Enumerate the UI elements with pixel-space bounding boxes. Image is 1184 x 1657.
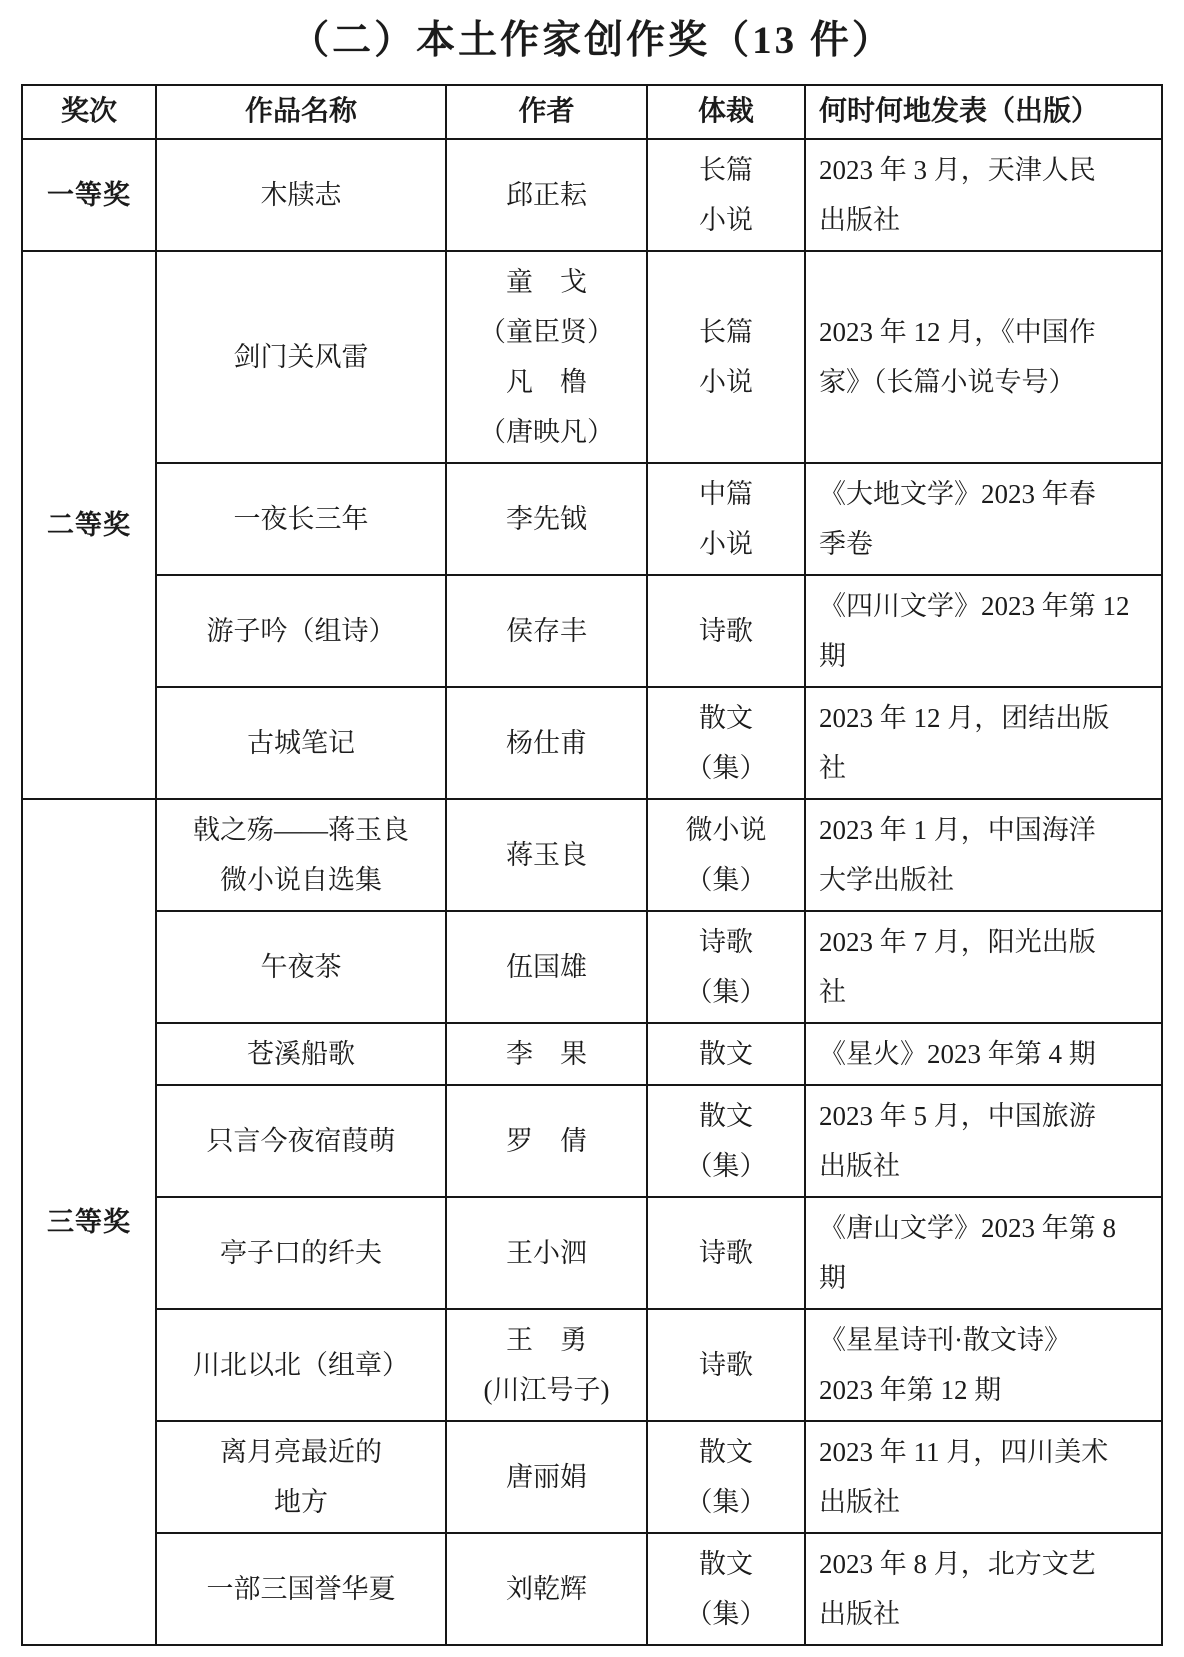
genre-cell: 散文 （集） [647, 1533, 805, 1645]
genre-cell: 诗歌 [647, 1197, 805, 1309]
published-cell: 2023 年 7 月，阳光出版 社 [805, 911, 1162, 1023]
work-title-cell: 只言今夜宿葭萌 [156, 1085, 446, 1197]
published-cell: 2023 年 11 月，四川美术 出版社 [805, 1421, 1162, 1533]
award-level-cell: 三等奖 [22, 799, 156, 1645]
work-title-cell: 午夜茶 [156, 911, 446, 1023]
work-title-cell: 苍溪船歌 [156, 1023, 446, 1085]
table-row: 午夜茶伍国雄诗歌 （集）2023 年 7 月，阳光出版 社 [22, 911, 1162, 1023]
award-level-cell: 二等奖 [22, 251, 156, 799]
published-cell: 2023 年 12 月，《中国作 家》（长篇小说专号） [805, 251, 1162, 463]
author-cell: 刘乾辉 [446, 1533, 647, 1645]
column-header-4: 何时何地发表（出版） [805, 85, 1162, 139]
author-cell: 唐丽娟 [446, 1421, 647, 1533]
genre-cell: 微小说 （集） [647, 799, 805, 911]
genre-cell: 诗歌 [647, 575, 805, 687]
table-row: 一部三国誉华夏刘乾辉散文 （集）2023 年 8 月，北方文艺 出版社 [22, 1533, 1162, 1645]
author-cell: 邱正耘 [446, 139, 647, 251]
genre-cell: 散文 [647, 1023, 805, 1085]
work-title-cell: 川北以北（组章） [156, 1309, 446, 1421]
work-title-cell: 戟之殇——蒋玉良 微小说自选集 [156, 799, 446, 911]
author-cell: 伍国雄 [446, 911, 647, 1023]
table-row: 游子吟（组诗）侯存丰诗歌《四川文学》2023 年第 12 期 [22, 575, 1162, 687]
work-title-cell: 一部三国誉华夏 [156, 1533, 446, 1645]
work-title-cell: 离月亮最近的 地方 [156, 1421, 446, 1533]
page-title: （二）本土作家创作奖（13 件） [0, 0, 1184, 67]
work-title-cell: 古城笔记 [156, 687, 446, 799]
author-cell: 王 勇 (川江号子) [446, 1309, 647, 1421]
published-cell: 2023 年 5 月，中国旅游 出版社 [805, 1085, 1162, 1197]
award-level-cell: 一等奖 [22, 139, 156, 251]
genre-cell: 诗歌 [647, 1309, 805, 1421]
work-title-cell: 游子吟（组诗） [156, 575, 446, 687]
author-cell: 侯存丰 [446, 575, 647, 687]
column-header-1: 作品名称 [156, 85, 446, 139]
awards-table: 奖次作品名称作者体裁何时何地发表（出版） 一等奖木牍志邱正耘长篇 小说2023 … [21, 84, 1163, 1646]
work-title-cell: 木牍志 [156, 139, 446, 251]
table-row: 一夜长三年李先钺中篇 小说《大地文学》2023 年春 季卷 [22, 463, 1162, 575]
published-cell: 《星火》2023 年第 4 期 [805, 1023, 1162, 1085]
published-cell: 2023 年 8 月，北方文艺 出版社 [805, 1533, 1162, 1645]
genre-cell: 散文 （集） [647, 687, 805, 799]
published-cell: 2023 年 12 月，团结出版 社 [805, 687, 1162, 799]
column-header-2: 作者 [446, 85, 647, 139]
genre-cell: 长篇 小说 [647, 251, 805, 463]
author-cell: 罗 倩 [446, 1085, 647, 1197]
work-title-cell: 亭子口的纤夫 [156, 1197, 446, 1309]
table-row: 川北以北（组章）王 勇 (川江号子)诗歌《星星诗刊·散文诗》 2023 年第 1… [22, 1309, 1162, 1421]
author-cell: 童 戈 （童臣贤） 凡 橹 （唐映凡） [446, 251, 647, 463]
published-cell: 2023 年 1 月，中国海洋 大学出版社 [805, 799, 1162, 911]
author-cell: 杨仕甫 [446, 687, 647, 799]
table-row: 离月亮最近的 地方唐丽娟散文 （集）2023 年 11 月，四川美术 出版社 [22, 1421, 1162, 1533]
published-cell: 《四川文学》2023 年第 12 期 [805, 575, 1162, 687]
table-row: 古城笔记杨仕甫散文 （集）2023 年 12 月，团结出版 社 [22, 687, 1162, 799]
table-row: 一等奖木牍志邱正耘长篇 小说2023 年 3 月，天津人民 出版社 [22, 139, 1162, 251]
genre-cell: 散文 （集） [647, 1085, 805, 1197]
column-header-3: 体裁 [647, 85, 805, 139]
published-cell: 《星星诗刊·散文诗》 2023 年第 12 期 [805, 1309, 1162, 1421]
table-row: 亭子口的纤夫王小泗诗歌《唐山文学》2023 年第 8 期 [22, 1197, 1162, 1309]
published-cell: 《唐山文学》2023 年第 8 期 [805, 1197, 1162, 1309]
work-title-cell: 一夜长三年 [156, 463, 446, 575]
published-cell: 2023 年 3 月，天津人民 出版社 [805, 139, 1162, 251]
table-body: 一等奖木牍志邱正耘长篇 小说2023 年 3 月，天津人民 出版社二等奖剑门关风… [22, 139, 1162, 1645]
author-cell: 蒋玉良 [446, 799, 647, 911]
column-header-0: 奖次 [22, 85, 156, 139]
header-row: 奖次作品名称作者体裁何时何地发表（出版） [22, 85, 1162, 139]
table-row: 三等奖戟之殇——蒋玉良 微小说自选集蒋玉良微小说 （集）2023 年 1 月，中… [22, 799, 1162, 911]
work-title-cell: 剑门关风雷 [156, 251, 446, 463]
author-cell: 王小泗 [446, 1197, 647, 1309]
genre-cell: 诗歌 （集） [647, 911, 805, 1023]
genre-cell: 散文 （集） [647, 1421, 805, 1533]
author-cell: 李先钺 [446, 463, 647, 575]
table-row: 只言今夜宿葭萌罗 倩散文 （集）2023 年 5 月，中国旅游 出版社 [22, 1085, 1162, 1197]
table-row: 苍溪船歌李 果散文《星火》2023 年第 4 期 [22, 1023, 1162, 1085]
genre-cell: 长篇 小说 [647, 139, 805, 251]
genre-cell: 中篇 小说 [647, 463, 805, 575]
published-cell: 《大地文学》2023 年春 季卷 [805, 463, 1162, 575]
author-cell: 李 果 [446, 1023, 647, 1085]
table-row: 二等奖剑门关风雷童 戈 （童臣贤） 凡 橹 （唐映凡）长篇 小说2023 年 1… [22, 251, 1162, 463]
